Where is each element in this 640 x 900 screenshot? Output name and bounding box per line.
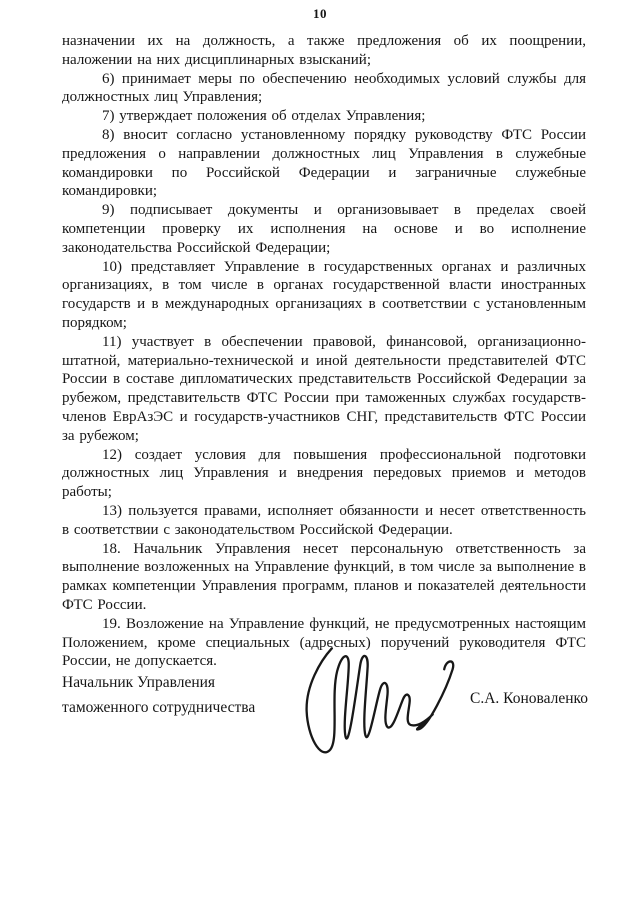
- document-page: 10 назначении их на должность, а также п…: [0, 0, 640, 900]
- paragraph: 18. Начальник Управления несет персональ…: [62, 540, 586, 615]
- paragraph: 13) пользуется правами, исполняет обязан…: [62, 502, 586, 540]
- page-number: 10: [0, 6, 640, 22]
- signer-name: С.А. Коноваленко: [470, 690, 588, 708]
- signature-block: Начальник Управления таможенного сотрудн…: [0, 640, 640, 800]
- signer-position-line1: Начальник Управления: [62, 670, 255, 695]
- document-body: назначении их на должность, а также пред…: [62, 32, 586, 671]
- handwritten-signature-icon: [293, 642, 461, 768]
- paragraph: назначении их на должность, а также пред…: [62, 32, 586, 70]
- signer-position: Начальник Управления таможенного сотрудн…: [62, 670, 255, 720]
- paragraph: 6) принимает меры по обеспечению необход…: [62, 70, 586, 108]
- paragraph: 11) участвует в обеспечении правовой, фи…: [62, 333, 586, 446]
- paragraph: 12) создает условия для повышения профес…: [62, 446, 586, 502]
- signer-position-line2: таможенного сотрудничества: [62, 695, 255, 720]
- paragraph: 10) представляет Управление в государств…: [62, 258, 586, 333]
- paragraph: 7) утверждает положения об отделах Управ…: [62, 107, 586, 126]
- paragraph: 8) вносит согласно установленному порядк…: [62, 126, 586, 201]
- paragraph: 9) подписывает документы и организовывае…: [62, 201, 586, 257]
